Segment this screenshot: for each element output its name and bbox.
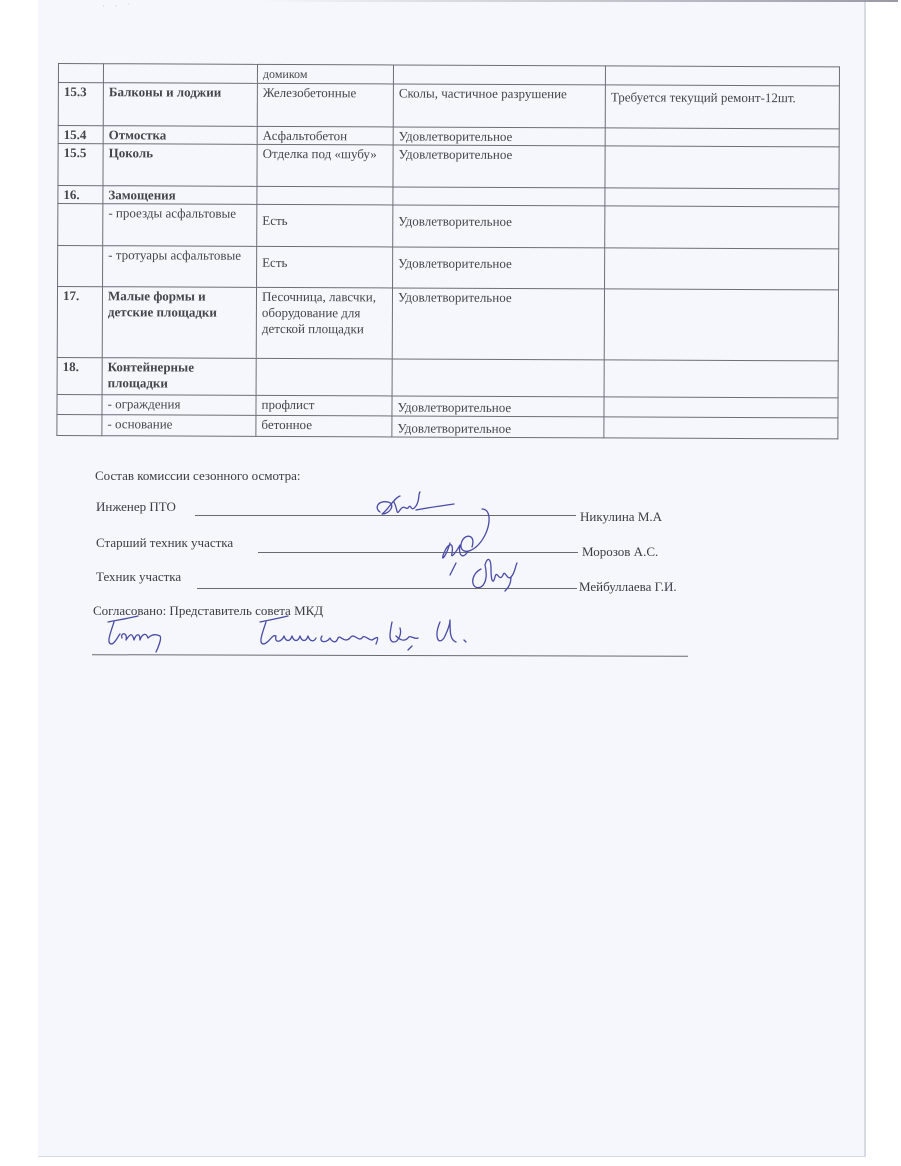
material-cell [256, 358, 392, 396]
condition-cell [393, 187, 605, 206]
condition-cell: Удовлетворительное [393, 127, 605, 146]
row-number: 15.5 [58, 144, 103, 186]
note-cell [604, 417, 838, 439]
element-name: Малые формы и детские площадки [102, 287, 256, 359]
material-cell: Отделка под «шубу» [257, 144, 393, 187]
note-cell [605, 206, 839, 249]
condition-cell: Удовлетворительное [392, 288, 604, 360]
row-number [58, 246, 103, 287]
note-cell [605, 146, 839, 189]
condition-cell [392, 359, 604, 397]
element-name: - проезды асфальтовые [103, 204, 257, 247]
member-name: Никулина М.А [580, 509, 662, 525]
signature-line [258, 552, 578, 553]
element-name: Отмостка [103, 126, 257, 145]
condition-cell: Удовлетворительное [393, 145, 605, 188]
element-name: - ограждения [102, 395, 256, 416]
table-row: - тротуары асфальтовые Есть Удовлетворит… [58, 246, 839, 290]
element-name: Цоколь [103, 144, 257, 187]
row-number: 16. [58, 186, 103, 204]
note-cell [605, 188, 839, 207]
material-cell: профлист [256, 395, 392, 416]
signature-mkd-representative-icon [100, 614, 520, 659]
condition-cell: Сколы, частичное разрушение [393, 84, 605, 128]
member-role: Инженер ПТО [96, 499, 176, 515]
table-row: - основание бетонное Удовлетворительное [57, 414, 838, 438]
scan-edge [258, 0, 898, 2]
material-cell: Песочница, лавсчки, оборудование для дет… [256, 287, 392, 359]
condition-cell: Удовлетворительное [392, 396, 604, 417]
row-number: 15.3 [58, 83, 103, 126]
material-cell: Есть [257, 246, 393, 288]
scan-specks: · · ˙ [102, 2, 134, 11]
inspection-table: домиком 15.3 Балконы и лоджии Железобето… [56, 63, 840, 439]
table-row: 15.5 Цоколь Отделка под «шубу» Удовлетво… [58, 144, 839, 189]
material-cell: Железобетонные [257, 83, 393, 127]
row-number: 17. [57, 287, 102, 358]
material-cell [257, 186, 393, 205]
member-role: Старший техник участка [96, 535, 233, 551]
table-row: - проезды асфальтовые Есть Удовлетворите… [58, 204, 839, 249]
row-number [58, 204, 103, 246]
element-name: - тротуары асфальтовые [103, 246, 257, 288]
material-cell: Асфальтобетон [257, 126, 393, 145]
condition-cell: Удовлетворительное [393, 247, 605, 289]
note-cell [604, 397, 838, 418]
commission-heading: Состав комиссии сезонного осмотра: [95, 468, 301, 484]
table-row: 18. Контейнерные площадки [57, 357, 838, 397]
signature-technician-icon [465, 555, 535, 595]
row-number [57, 414, 102, 435]
condition-cell [393, 65, 605, 85]
element-name [103, 64, 257, 84]
element-name: Замощения [103, 186, 257, 205]
note-cell [605, 128, 839, 147]
row-number: 18. [57, 357, 102, 394]
element-name: Контейнерные площадки [102, 358, 256, 396]
note-cell: Требуется текущий ремонт-12шт. [605, 85, 839, 129]
row-number [58, 64, 103, 83]
note-cell [604, 289, 838, 361]
member-name: Мейбуллаева Г.И. [579, 579, 677, 595]
material-cell: Есть [257, 204, 393, 247]
table-row: 17. Малые формы и детские площадки Песоч… [57, 287, 838, 361]
note-cell [604, 360, 838, 398]
element-name: Балконы и лоджии [103, 83, 257, 127]
note-cell [605, 248, 839, 290]
element-name: - основание [102, 415, 256, 437]
condition-cell: Удовлетворительное [392, 416, 604, 438]
table-row: 15.3 Балконы и лоджии Железобетонные Ско… [58, 83, 839, 129]
condition-cell: Удовлетворительное [393, 205, 605, 248]
note-cell [605, 66, 839, 86]
member-name: Морозов А.С. [582, 544, 658, 560]
row-number: 15.4 [58, 126, 103, 144]
member-role: Техник участка [96, 569, 181, 585]
row-number [57, 394, 102, 414]
material-cell: домиком [257, 64, 393, 84]
material-cell: бетонное [256, 415, 392, 437]
